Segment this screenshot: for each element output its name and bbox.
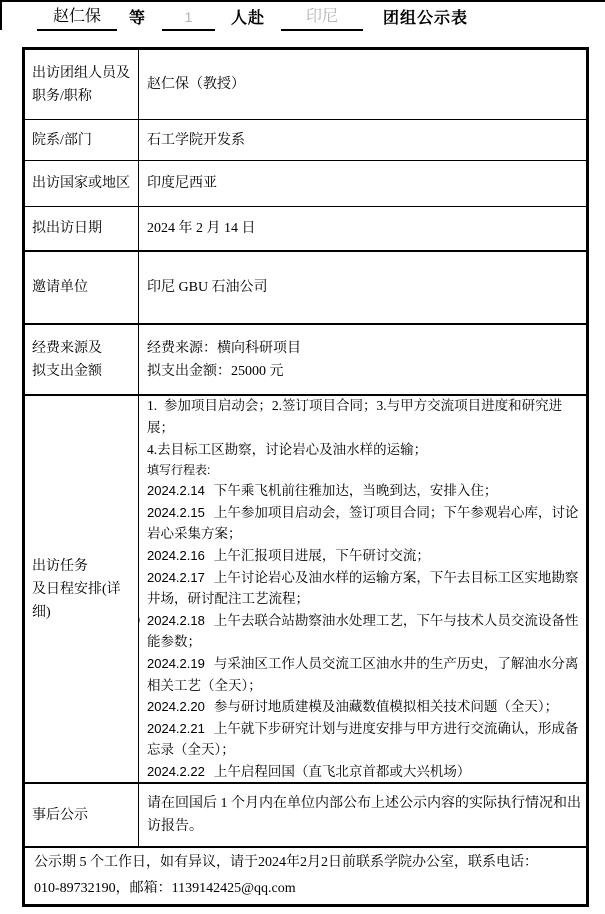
label-inviting-organization: 邀请单位 bbox=[25, 252, 139, 323]
label-departure-date: 拟出访日期 bbox=[25, 207, 139, 250]
itinerary-day: ）2024.2.18上午去联合站勘察油水处理工艺，下午与技术人员交流设备性能参数… bbox=[147, 610, 582, 653]
title-word-renfu: 人赴 bbox=[231, 7, 265, 31]
country-blank-field[interactable]: 印尼 bbox=[281, 5, 363, 31]
itinerary-date: 2024.2.17 bbox=[147, 570, 205, 585]
row-department: 院系/部门 石工学院开发系 bbox=[25, 119, 586, 160]
label-destination-country: 出访国家或地区 bbox=[25, 161, 139, 206]
row-post-publicity: 事后公示 请在回国后 1 个月内在单位内部公布上述公示内容的实际执行情况和出访报… bbox=[25, 782, 586, 846]
itinerary-desc: 下午乘飞机前往雅加达，当晚到达，安排入住； bbox=[214, 483, 498, 498]
itinerary-day: 2024.2.20参与研讨地质建模及油藏数值模拟相关技术问题（全天）； bbox=[147, 696, 582, 718]
value-funding: 经费来源：横向科研项目 拟支出金额：25000 元 bbox=[139, 325, 586, 394]
itinerary-date: 2024.2.22 bbox=[147, 764, 205, 779]
row-team-members: 出访团组人员及 职务/职称 赵仁保（教授） bbox=[25, 50, 586, 119]
value-team-members: 赵仁保（教授） bbox=[139, 50, 586, 119]
row-footer-note: 公示期 5 个工作日，如有异议，请于2024年2月2日前联系学院办公室，联系电话… bbox=[25, 846, 586, 904]
title-word-deng: 等 bbox=[129, 7, 146, 31]
itinerary-day: 2024.2.19与采油区工作人员交流工区油水井的生产历史，了解油水分离相关工艺… bbox=[147, 653, 582, 696]
value-destination-country: 印度尼西亚 bbox=[139, 161, 586, 206]
itinerary-day: 2024.2.15上午参加项目启动会，签订项目合同；下午参观岩心库，讨论岩心采集… bbox=[147, 502, 582, 545]
page-top-border bbox=[0, 0, 605, 2]
row-inviting-organization: 邀请单位 印尼 GBU 石油公司 bbox=[25, 250, 586, 323]
document-title: 赵仁保 等 1 人赴 印尼 团组公示表 bbox=[0, 5, 605, 31]
itinerary-date: 2024.2.21 bbox=[147, 721, 205, 736]
itinerary-desc: 上午启程回国（直飞北京首都或大兴机场） bbox=[214, 764, 471, 779]
itinerary-day: 2024.2.16上午汇报项目进展，下午研讨交流； bbox=[147, 545, 582, 567]
itinerary-desc: 上午讨论岩心及油水样的运输方案，下午去目标工区实地勘察井场，研讨配注工艺流程； bbox=[147, 570, 578, 607]
itinerary-day: 2024.2.17上午讨论岩心及油水样的运输方案，下午去目标工区实地勘察井场，研… bbox=[147, 567, 582, 610]
itinerary-desc: 上午汇报项目进展，下午研讨交流； bbox=[214, 548, 430, 563]
itinerary-date: 2024.2.19 bbox=[147, 656, 205, 671]
value-inviting-organization: 印尼 GBU 石油公司 bbox=[139, 252, 586, 323]
itinerary-date: 2024.2.20 bbox=[147, 699, 205, 714]
itinerary-date: 2024.2.15 bbox=[147, 505, 205, 520]
itinerary-date: 2024.2.16 bbox=[147, 548, 205, 563]
itinerary-desc: 与采油区工作人员交流工区油水井的生产历史，了解油水分离相关工艺（全天）； bbox=[147, 656, 578, 693]
label-tasks-itinerary: 出访任务 及日程安排(详细) bbox=[25, 396, 139, 782]
value-post-publicity: 请在回国后 1 个月内在单位内部公布上述公示内容的实际执行情况和出访报告。 bbox=[139, 784, 586, 846]
itinerary-desc: 参与研讨地质建模及油藏数值模拟相关技术问题（全天）； bbox=[214, 699, 558, 714]
value-tasks-itinerary: 1. 参加项目启动会；2.签订项目合同；3.与甲方交流项目进度和研究进展； 4.… bbox=[139, 396, 586, 782]
publicity-period-note: 公示期 5 个工作日，如有异议，请于2024年2月2日前联系学院办公室，联系电话… bbox=[25, 848, 586, 904]
itinerary-date: 2024.2.14 bbox=[147, 483, 205, 498]
itinerary-day: 2024.2.14下午乘飞机前往雅加达，当晚到达，安排入住； bbox=[147, 480, 582, 502]
itinerary-intro: 1. 参加项目启动会；2.签订项目合同；3.与甲方交流项目进度和研究进展； 4.… bbox=[147, 396, 582, 460]
itinerary-day: 2024.2.21上午就下步研究计划与进度安排与甲方进行交流确认，形成备忘录（全… bbox=[147, 718, 582, 761]
row-departure-date: 拟出访日期 2024 年 2 月 14 日 bbox=[25, 206, 586, 250]
label-team-members: 出访团组人员及 职务/职称 bbox=[25, 50, 139, 119]
row-tasks-itinerary: 出访任务 及日程安排(详细) 1. 参加项目启动会；2.签订项目合同；3.与甲方… bbox=[25, 394, 586, 782]
count-blank-field[interactable]: 1 bbox=[162, 5, 215, 31]
itinerary-desc: 上午去联合站勘察油水处理工艺，下午与技术人员交流设备性能参数； bbox=[147, 613, 578, 650]
name-blank-field[interactable]: 赵仁保 bbox=[37, 5, 117, 31]
publicity-form-table: 出访团组人员及 职务/职称 赵仁保（教授） 院系/部门 石工学院开发系 出访国家… bbox=[22, 47, 589, 907]
itinerary-desc: 上午参加项目启动会，签订项目合同；下午参观岩心库，讨论岩心采集方案； bbox=[147, 505, 578, 542]
itinerary-day: 2024.2.22上午启程回国（直飞北京首都或大兴机场） bbox=[147, 761, 582, 782]
label-funding: 经费来源及 拟支出金额 bbox=[25, 325, 139, 394]
value-departure-date: 2024 年 2 月 14 日 bbox=[139, 207, 586, 250]
stray-paren: ） bbox=[139, 610, 148, 632]
row-destination-country: 出访国家或地区 印度尼西亚 bbox=[25, 160, 586, 206]
row-funding: 经费来源及 拟支出金额 经费来源：横向科研项目 拟支出金额：25000 元 bbox=[25, 323, 586, 394]
label-post-publicity: 事后公示 bbox=[25, 784, 139, 846]
itinerary-date: 2024.2.18 bbox=[147, 613, 205, 628]
value-department: 石工学院开发系 bbox=[139, 120, 586, 160]
itinerary-desc: 上午就下步研究计划与进度安排与甲方进行交流确认，形成备忘录（全天）； bbox=[147, 721, 578, 758]
itinerary-note: 填写行程表: bbox=[147, 460, 582, 480]
label-department: 院系/部门 bbox=[25, 120, 139, 160]
title-word-suffix: 团组公示表 bbox=[383, 7, 468, 31]
